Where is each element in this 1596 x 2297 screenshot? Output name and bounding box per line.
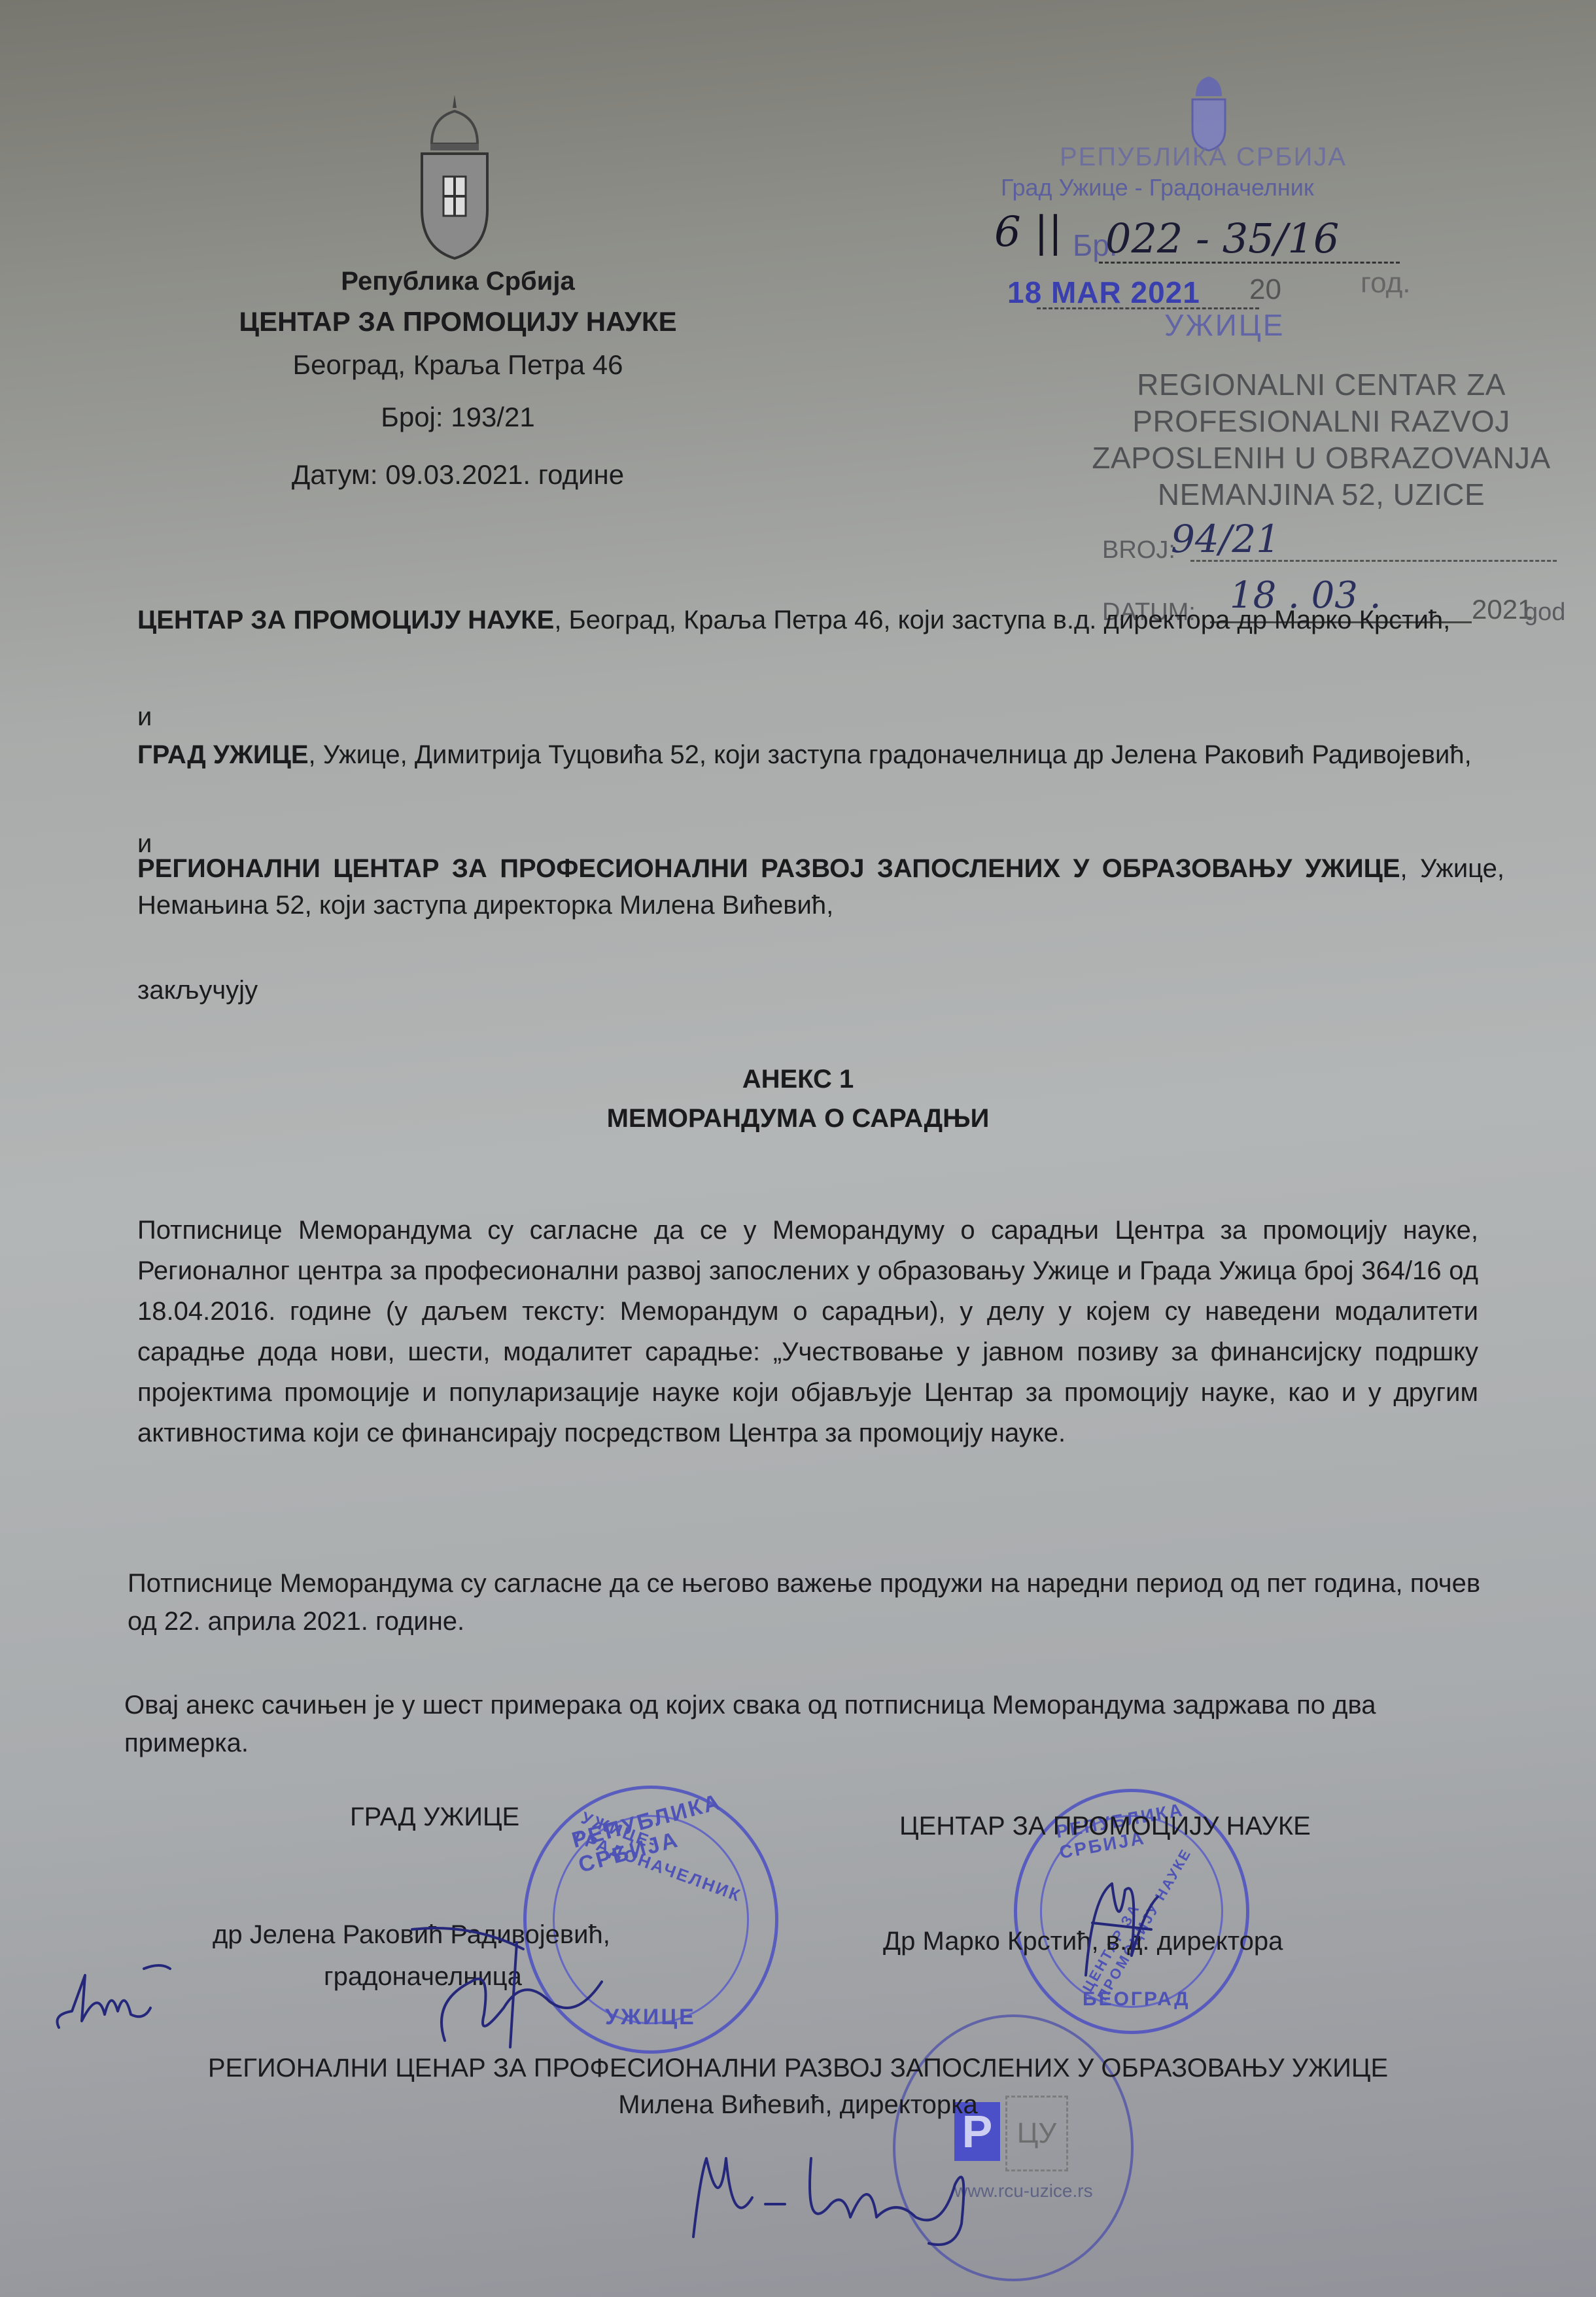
signature-regional-person: Милена Вићевић, директорка: [0, 2090, 1596, 2120]
stamp-handwritten-prefix: 6 ||: [994, 208, 1062, 256]
header-date: Датум: 09.03.2021. године: [196, 459, 720, 491]
director-signature-icon: [1066, 1857, 1171, 1988]
stamp-date: 18 MAR 2021: [1007, 275, 1200, 310]
serbia-coat-of-arms-icon: [419, 92, 491, 262]
party-cpn-details: , Београд, Краља Петра 46, који заступа …: [554, 606, 1450, 634]
conjunction: и: [137, 699, 1504, 735]
party-cpn-name: ЦЕНТАР ЗА ПРОМОЦИЈУ НАУКЕ: [137, 606, 554, 634]
stamp-office: Град Ужице - Градоначелник: [1001, 174, 1314, 201]
regional-stamp-line: NEMANJINA 52, UZICE: [1073, 476, 1570, 513]
regional-stamp-line: ZAPOSLENIH U OBRAZOVANJA: [1073, 440, 1570, 476]
regional-stamp-line: REGIONALNI CENTAR ZA: [1073, 366, 1570, 403]
initials-signature-icon: [46, 1949, 177, 2041]
party-regional-name: РЕГИОНАЛНИ ЦЕНТАР ЗА ПРОФЕСИОНАЛНИ РАЗВО…: [137, 854, 1400, 883]
regional-broj-label: BROJ:: [1102, 536, 1175, 564]
signature-regional-org: РЕГИОНАЛНИ ЦЕНАР ЗА ПРОФЕСИОНАЛНИ РАЗВОЈ…: [0, 2054, 1596, 2083]
body-paragraph-3: Овај анекс сачињен је у шест примерака о…: [124, 1686, 1478, 1762]
header-address: Београд, Краља Петра 46: [196, 349, 720, 381]
body-paragraph-2: Потписнице Меморандума су сагласне да се…: [128, 1564, 1482, 1640]
regional-director-signature-icon: [680, 2119, 1020, 2250]
stamp-broj-value: 022 - 35/16: [1105, 215, 1339, 262]
header-number: Број: 193/21: [196, 402, 720, 433]
regional-stamp-header: REGIONALNI CENTAR ZA PROFESIONALNI RAZVO…: [1073, 366, 1570, 513]
party-city-name: ГРАД УЖИЦЕ: [137, 740, 309, 769]
document-title: АНЕКС 1: [0, 1065, 1596, 1094]
mayor-signature-icon: [392, 1910, 641, 2054]
regional-broj-value: 94/21: [1171, 517, 1280, 561]
party-city-details: , Ужице, Димитрија Туцовића 52, који зас…: [309, 740, 1472, 769]
regional-broj-underline: [1190, 560, 1557, 562]
stamp-year-prefix: 20: [1249, 273, 1281, 306]
regional-stamp-line: PROFESIONALNI RAZVOJ: [1073, 403, 1570, 440]
party-city: ГРАД УЖИЦЕ, Ужице, Димитрија Туцовића 52…: [137, 736, 1504, 773]
party-regional: РЕГИОНАЛНИ ЦЕНТАР ЗА ПРОФЕСИОНАЛНИ РАЗВО…: [137, 850, 1504, 924]
stamp-coat-of-arms-icon: [1189, 73, 1228, 152]
signature-cpn-org: ЦЕНТАР ЗА ПРОМОЦИЈУ НАУКЕ: [899, 1812, 1311, 1841]
document-subtitle: МЕМОРАНДУМА О САРАДЊИ: [0, 1104, 1596, 1133]
conclude-verb: закључују: [137, 972, 1504, 1009]
party-cpn: ЦЕНТАР ЗА ПРОМОЦИЈУ НАУКЕ, Београд, Краљ…: [137, 602, 1504, 638]
stamp-divider: [1099, 262, 1400, 264]
cpn-seal-bottom-text: БЕОГРАД: [1083, 1988, 1190, 2011]
header-organization: ЦЕНТАР ЗА ПРОМОЦИЈУ НАУКЕ: [196, 306, 720, 337]
body-paragraph-1: Потписнице Меморандума су сагласне да се…: [137, 1210, 1478, 1453]
stamp-city: УЖИЦЕ: [1164, 307, 1285, 343]
signature-city-org: ГРАД УЖИЦЕ: [350, 1803, 519, 1832]
stamp-year-suffix: год.: [1361, 267, 1410, 300]
regional-god: god: [1524, 598, 1565, 627]
stamp-country: РЕПУБЛИКА СРБИЈА: [1060, 143, 1347, 172]
header-country: Република Србија: [196, 267, 720, 296]
